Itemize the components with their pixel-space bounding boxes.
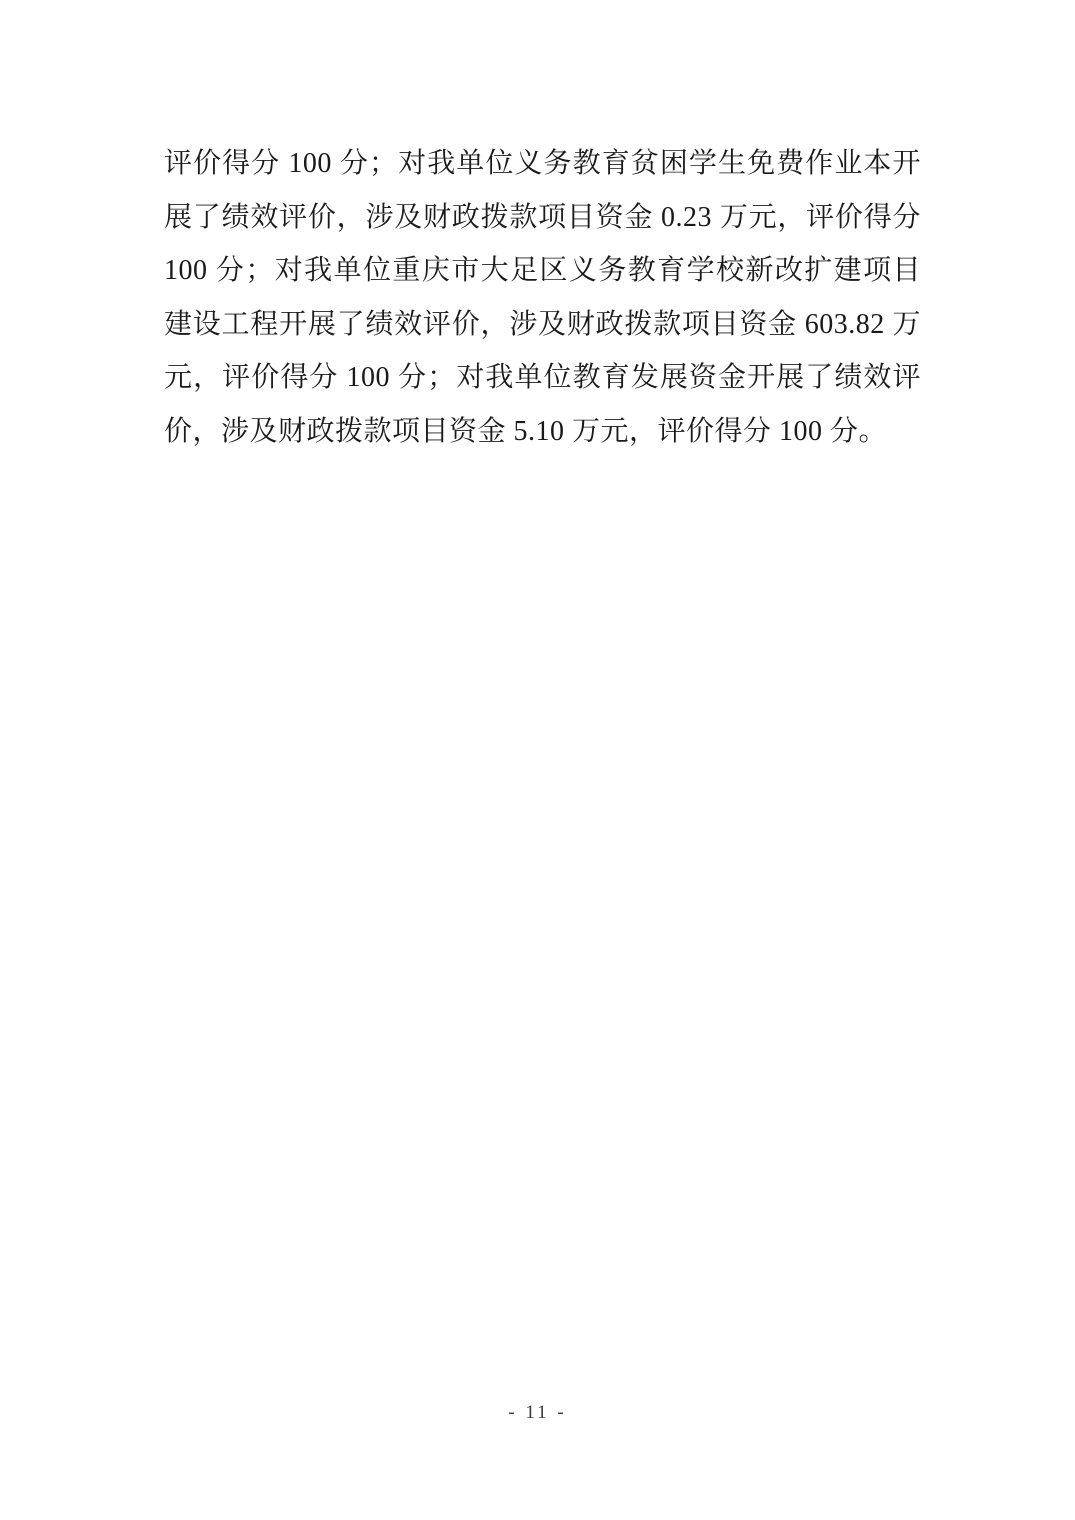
text-line: 价，涉及财政拨款项目资金 5.10 万元，评价得分 100 分。	[164, 405, 921, 459]
page-number: - 11 -	[0, 1400, 1075, 1426]
text-line: 评价得分 100 分；对我单位义务教育贫困学生免费作业本开	[164, 137, 921, 191]
text-line: 展了绩效评价，涉及财政拨款项目资金 0.23 万元，评价得分	[164, 191, 921, 245]
text-line: 100 分；对我单位重庆市大足区义务教育学校新改扩建项目	[164, 244, 921, 298]
paragraph-block: 评价得分 100 分；对我单位义务教育贫困学生免费作业本开 展了绩效评价，涉及财…	[164, 137, 921, 458]
document-page: 评价得分 100 分；对我单位义务教育贫困学生免费作业本开 展了绩效评价，涉及财…	[0, 0, 1075, 1520]
text-line: 元，评价得分 100 分；对我单位教育发展资金开展了绩效评	[164, 351, 921, 405]
text-line: 建设工程开展了绩效评价，涉及财政拨款项目资金 603.82 万	[164, 298, 921, 352]
